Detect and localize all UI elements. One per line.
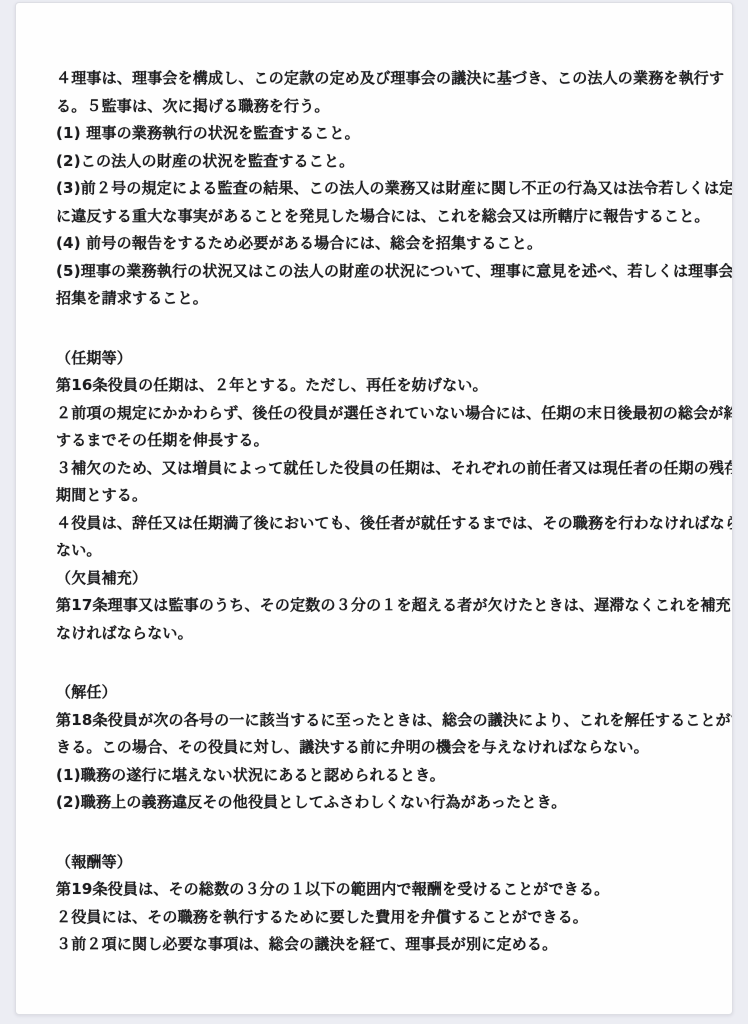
text-line: ３補欠のため、又は増員によって就任した役員の任期は、それぞれの前任者又は現任者の… [56, 455, 698, 483]
section-heading: （欠員補充） [56, 565, 698, 593]
text-line: ４役員は、辞任又は任期満了後においても、後任者が就任するまでは、その職務を行わな… [56, 510, 698, 538]
text-line: る。５監事は、次に掲げる職務を行う。 [56, 93, 698, 121]
text-line: きる。この場合、その役員に対し、議決する前に弁明の機会を与えなければならない。 [56, 734, 698, 762]
text-line: 第19条役員は、その総数の３分の１以下の範囲内で報酬を受けることができる。 [56, 876, 698, 904]
text-line: ３前２項に関し必要な事項は、総会の議決を経て、理事長が別に定める。 [56, 931, 698, 959]
section-heading: （任期等） [56, 345, 698, 373]
text-line: (1)職務の遂行に堪えない状況にあると認められるとき。 [56, 762, 698, 790]
text-line: 期間とする。 [56, 482, 698, 510]
text-line: 第18条役員が次の各号の一に該当するに至ったときは、総会の議決により、これを解任… [56, 707, 698, 735]
text-line: に違反する重大な事実があることを発見した場合には、これを総会又は所轄庁に報告する… [56, 203, 698, 231]
text-line: (2)職務上の義務違反その他役員としてふさわしくない行為があったとき。 [56, 789, 698, 817]
text-line: 招集を請求すること。 [56, 285, 698, 313]
section-director-auditor-duties: ４理事は、理事会を構成し、この定款の定め及び理事会の議決に基づき、この法人の業務… [56, 65, 698, 313]
text-line: なければならない。 [56, 620, 698, 648]
text-line: (4) 前号の報告をするため必要がある場合には、総会を招集すること。 [56, 230, 698, 258]
section-vacancy-filling: （欠員補充）第17条理事又は監事のうち、その定数の３分の１を超える者が欠けたとき… [56, 565, 698, 648]
section-heading: （解任） [56, 679, 698, 707]
text-line: ない。 [56, 537, 698, 565]
document-body: ４理事は、理事会を構成し、この定款の定め及び理事会の議決に基づき、この法人の業務… [16, 3, 732, 959]
text-line: ２前項の規定にかかわらず、後任の役員が選任されていない場合には、任期の末日後最初… [56, 400, 698, 428]
section-remuneration: （報酬等）第19条役員は、その総数の３分の１以下の範囲内で報酬を受けることができ… [56, 849, 698, 959]
text-line: (2)この法人の財産の状況を監査すること。 [56, 148, 698, 176]
section-dismissal: （解任）第18条役員が次の各号の一に該当するに至ったときは、総会の議決により、こ… [56, 679, 698, 817]
text-line: 第16条役員の任期は、２年とする。ただし、再任を妨げない。 [56, 372, 698, 400]
section-term-of-office: （任期等）第16条役員の任期は、２年とする。ただし、再任を妨げない。２前項の規定… [56, 345, 698, 565]
document-page: ４理事は、理事会を構成し、この定款の定め及び理事会の議決に基づき、この法人の業務… [15, 2, 733, 1015]
text-line: するまでその任期を伸長する。 [56, 427, 698, 455]
section-heading: （報酬等） [56, 849, 698, 877]
text-line: 第17条理事又は監事のうち、その定数の３分の１を超える者が欠けたときは、遅滞なく… [56, 592, 698, 620]
text-line: ４理事は、理事会を構成し、この定款の定め及び理事会の議決に基づき、この法人の業務… [56, 65, 698, 93]
text-line: (5)理事の業務執行の状況又はこの法人の財産の状況について、理事に意見を述べ、若… [56, 258, 698, 286]
text-line: (1) 理事の業務執行の状況を監査すること。 [56, 120, 698, 148]
text-line: (3)前２号の規定による監査の結果、この法人の業務又は財産に関し不正の行為又は法… [56, 175, 698, 203]
text-line: ２役員には、その職務を執行するために要した費用を弁償することができる。 [56, 904, 698, 932]
